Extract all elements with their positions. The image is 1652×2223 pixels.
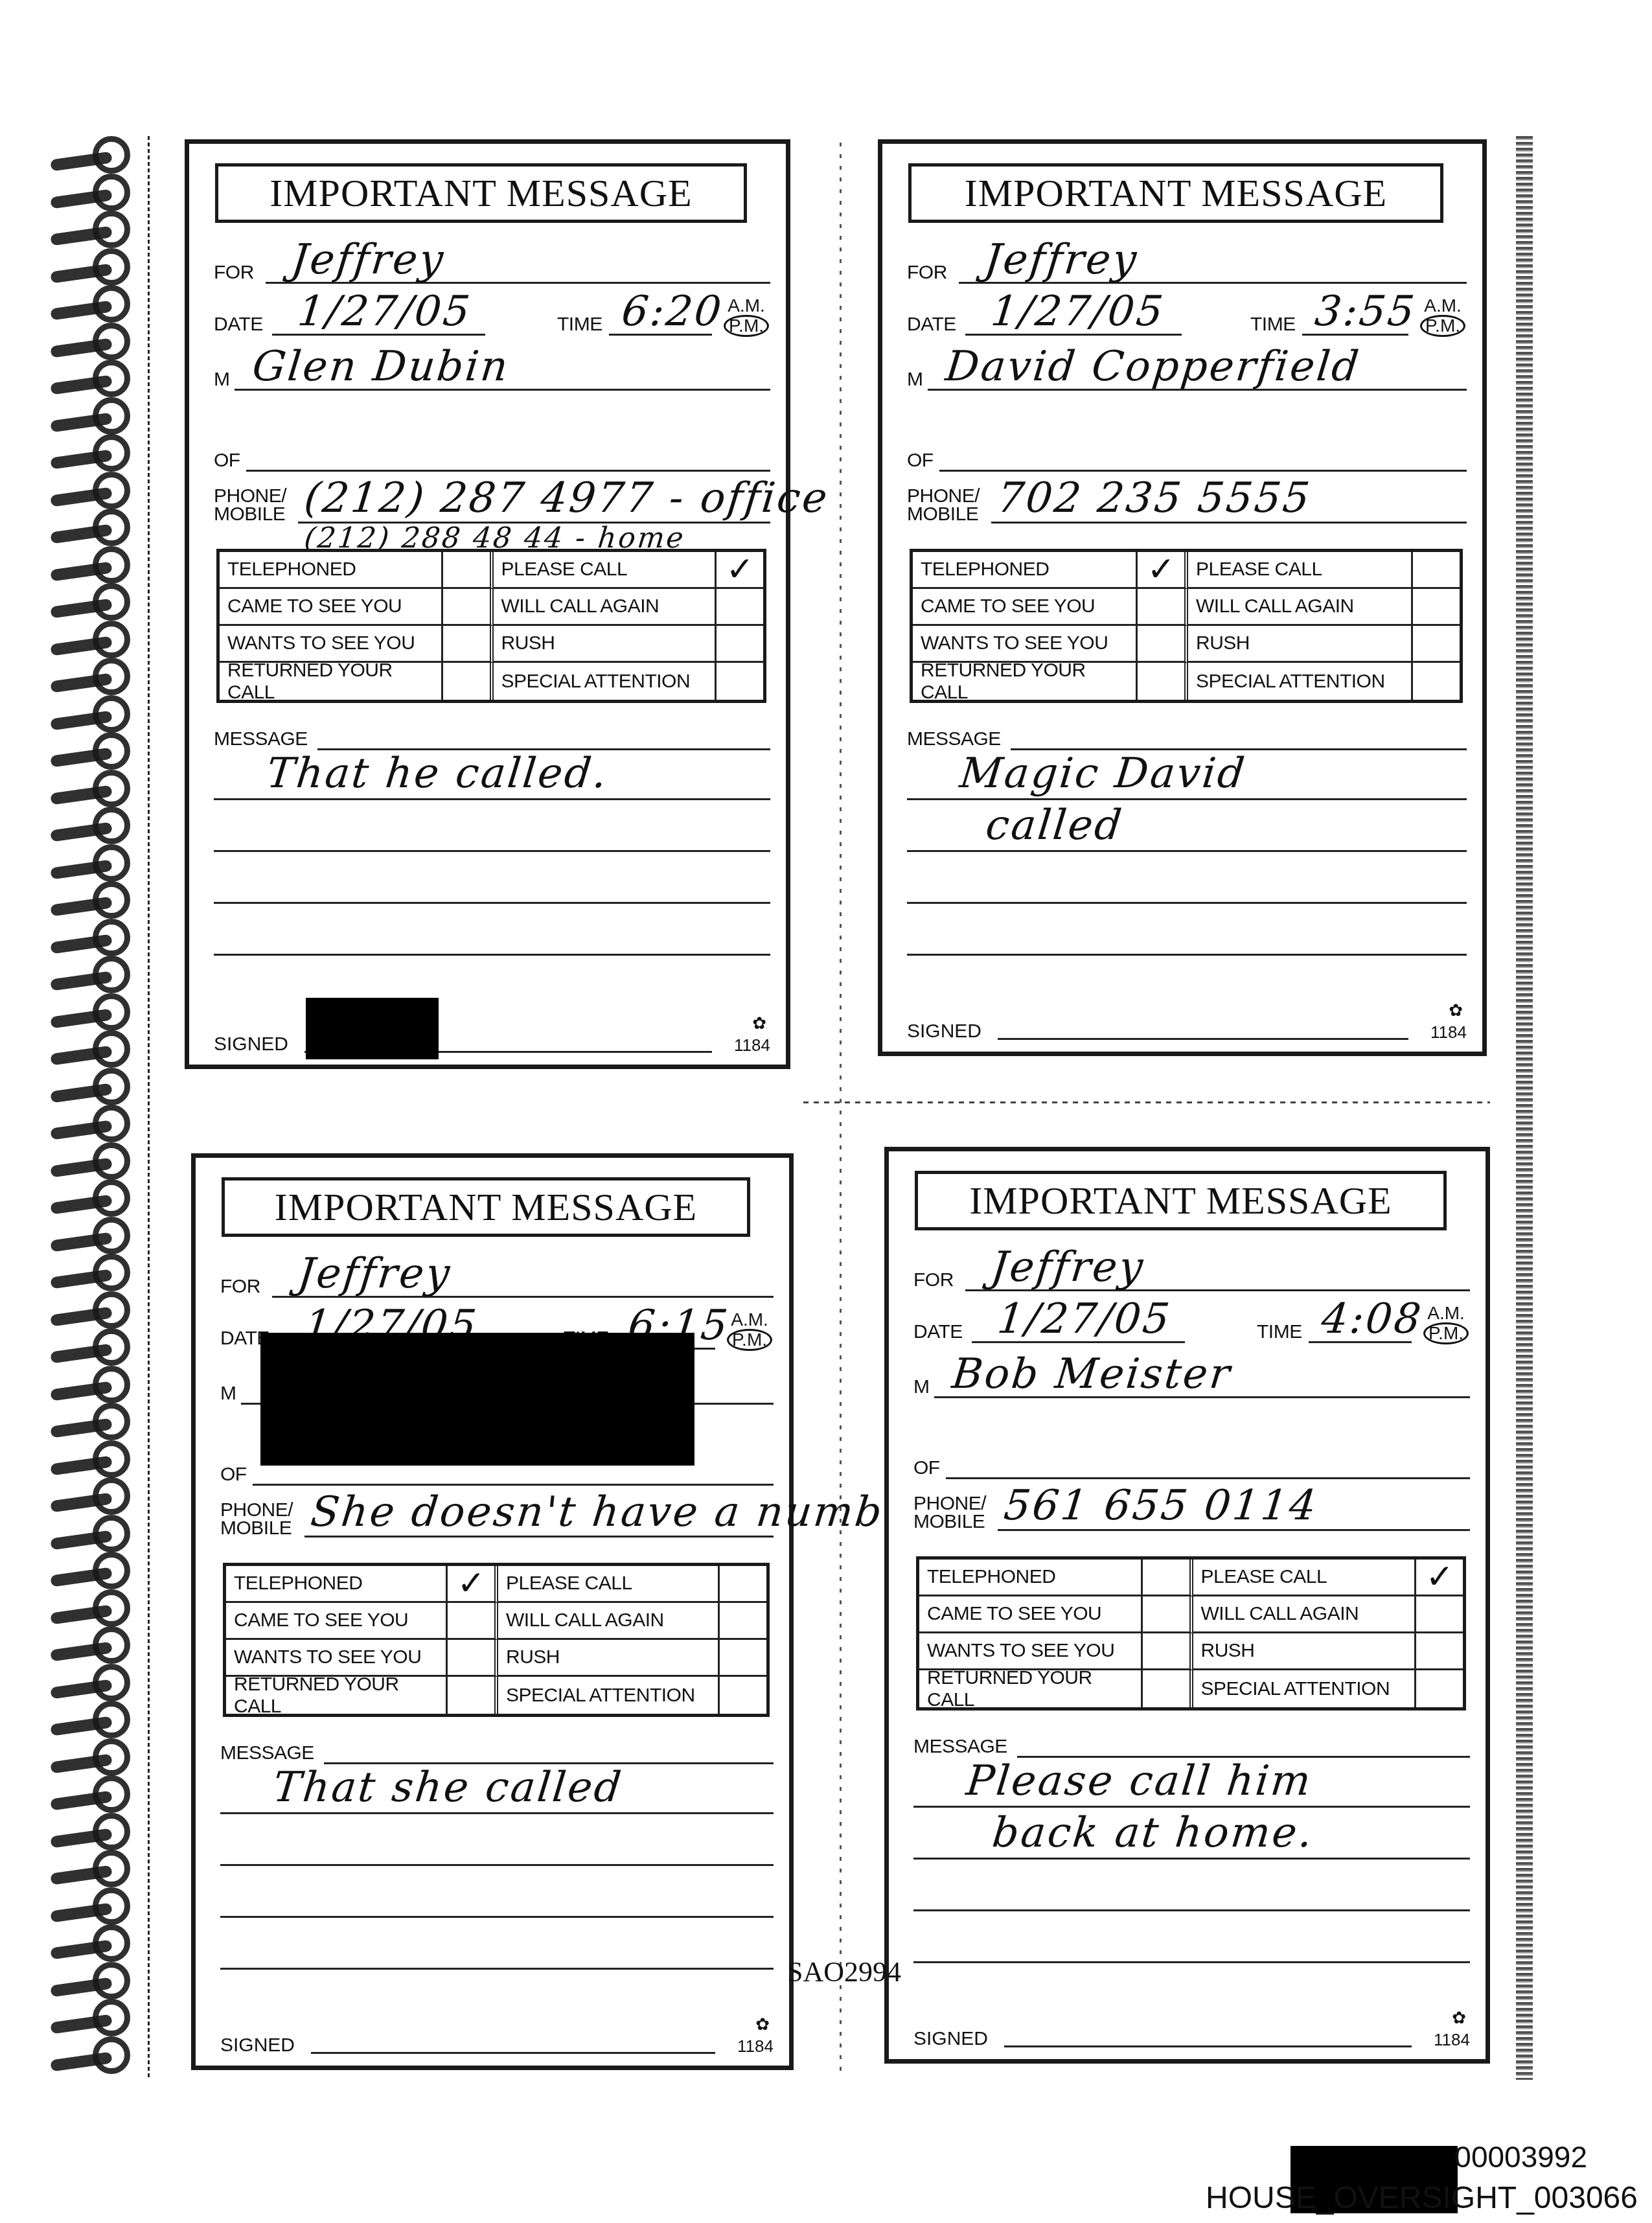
date-label: DATE <box>913 1321 963 1343</box>
message-rule <box>214 954 770 956</box>
message-text: called <box>983 801 1126 849</box>
spiral-binding <box>51 136 141 2086</box>
checkbox-label: PLEASE CALL <box>494 552 717 589</box>
spiral-coil <box>51 1738 141 1777</box>
signed-label: SIGNED <box>913 2028 988 2050</box>
phone-value: 561 655 0114 <box>1002 1482 1320 1530</box>
signed-field: SIGNED ✿ 1184 <box>220 2024 774 2056</box>
checkbox-special-attention[interactable] <box>1413 663 1460 700</box>
checkbox-telephoned[interactable] <box>1143 1560 1193 1596</box>
message-field: MESSAGE <box>913 1715 1470 1760</box>
form-number: 1184 <box>1434 2030 1470 2050</box>
message-label: MESSAGE <box>214 728 308 750</box>
for-value: Jeffrey <box>982 236 1140 284</box>
spiral-coil <box>51 1664 141 1703</box>
date-time-field: DATE 1/27/05 TIME 3:55 A.M. P.M. <box>907 293 1467 338</box>
spiral-coil <box>51 285 141 324</box>
spiral-coil <box>51 1999 141 2038</box>
spiral-coil <box>51 1068 141 1107</box>
spiral-coil <box>51 1515 141 1554</box>
checkbox-label: RUSH <box>1193 1633 1417 1670</box>
spiral-coil <box>51 2036 141 2075</box>
checkbox-label: RETURNED YOUR CALL <box>913 663 1138 700</box>
checkbox-telephoned[interactable]: ✓ <box>448 1566 498 1603</box>
redaction-box <box>306 998 439 1059</box>
message-field: MESSAGE <box>220 1722 774 1767</box>
spiral-coil <box>51 360 141 398</box>
caller-label: M <box>913 1376 930 1398</box>
checkbox-label: WILL CALL AGAIN <box>498 1603 720 1640</box>
spiral-coil <box>51 1589 141 1628</box>
message-slip-bottom-left: IMPORTANT MESSAGE FOR Jeffrey DATE 1/27/… <box>191 1153 794 2070</box>
message-slip-top-left: IMPORTANT MESSAGE FOR Jeffrey DATE 1/27/… <box>185 139 790 1069</box>
caller-field: M David Copperfield <box>907 348 1467 393</box>
spiral-coil <box>51 807 141 846</box>
message-rule <box>214 850 770 852</box>
form-number: 1184 <box>737 2036 774 2056</box>
spiral-coil <box>51 956 141 995</box>
message-rule <box>913 1858 1470 1860</box>
checkbox-special-attention[interactable] <box>720 1677 766 1714</box>
checkbox-came-to-see-you[interactable] <box>443 589 494 626</box>
signed-field: SIGNED ✿ 1184 <box>214 1023 770 1055</box>
phone-label: PHONE/MOBILE <box>913 1495 986 1531</box>
spiral-coil <box>51 397 141 436</box>
checkbox-will-call-again[interactable] <box>717 589 763 626</box>
spiral-coil <box>51 919 141 958</box>
form-title: IMPORTANT MESSAGE <box>915 1171 1447 1230</box>
spiral-coil <box>51 1217 141 1256</box>
message-rule <box>214 798 770 800</box>
message-field: MESSAGE <box>907 708 1467 753</box>
caller-label: M <box>220 1383 236 1405</box>
for-value: Jeffrey <box>289 236 447 284</box>
checkbox-label: PLEASE CALL <box>1188 552 1413 589</box>
spiral-coil <box>51 1552 141 1591</box>
spiral-coil <box>51 1813 141 1852</box>
checkbox-label: WANTS TO SEE YOU <box>226 1640 448 1677</box>
page-middle-divider <box>803 1101 1490 1103</box>
checkbox-please-call[interactable]: ✓ <box>1416 1560 1463 1596</box>
caller-label: M <box>214 369 230 391</box>
checkbox-wants-to-see-you[interactable] <box>1138 626 1188 663</box>
form-title: IMPORTANT MESSAGE <box>222 1177 750 1237</box>
caller-field: M Bob Meister <box>913 1355 1470 1401</box>
checkbox-label: WILL CALL AGAIN <box>494 589 717 626</box>
publisher-logo-icon: ✿ <box>752 1013 766 1033</box>
spiral-coil <box>51 583 141 622</box>
message-rule <box>913 1806 1470 1808</box>
checkbox-telephoned[interactable] <box>443 552 494 589</box>
checkbox-grid: TELEPHONED✓PLEASE CALLCAME TO SEE YOUWIL… <box>910 549 1463 703</box>
spiral-coil <box>51 136 141 175</box>
message-rule <box>220 1968 774 1970</box>
message-field: MESSAGE <box>214 708 770 753</box>
signed-field: SIGNED ✿ 1184 <box>913 2018 1470 2050</box>
publisher-logo-icon: ✿ <box>755 2014 770 2034</box>
phone-label: PHONE/MOBILE <box>220 1501 293 1538</box>
phone-value: She doesn't have a number <box>308 1488 934 1536</box>
date-time-field: DATE 1/27/05 TIME 6:20 A.M. P.M. <box>214 293 770 338</box>
caller-name: Glen Dubin <box>250 343 512 391</box>
message-text: That he called. <box>264 750 610 798</box>
message-label: MESSAGE <box>220 1742 314 1764</box>
form-number: 1184 <box>1430 1022 1467 1042</box>
date-value: 1/27/05 <box>995 1295 1173 1343</box>
spiral-coil <box>51 546 141 585</box>
checkbox-label: RETURNED YOUR CALL <box>226 1677 448 1714</box>
redaction-box <box>260 1333 694 1466</box>
checkbox-rush[interactable] <box>717 626 763 663</box>
checkbox-label: TELEPHONED <box>220 552 443 589</box>
spiral-coil <box>51 658 141 697</box>
for-label: FOR <box>913 1269 954 1291</box>
am-pm-indicator: A.M. P.M. <box>724 297 769 337</box>
case-stamp: SAO2994 <box>787 1955 901 1988</box>
spiral-coil <box>51 1962 141 2001</box>
for-label: FOR <box>220 1276 260 1298</box>
spiral-coil <box>51 621 141 660</box>
message-rule <box>220 1812 774 1814</box>
checkbox-wants-to-see-you[interactable] <box>443 626 494 663</box>
form-number: 1184 <box>734 1035 770 1055</box>
spiral-coil <box>51 1701 141 1740</box>
spiral-coil <box>51 1440 141 1479</box>
form-title: IMPORTANT MESSAGE <box>908 163 1443 223</box>
time-label: TIME <box>557 314 602 336</box>
publisher-logo-icon: ✿ <box>1452 2008 1466 2028</box>
spiral-coil <box>51 770 141 809</box>
caller-name: David Copperfield <box>943 343 1363 391</box>
spiral-coil <box>51 211 141 249</box>
checkbox-returned-your-call[interactable] <box>443 663 494 700</box>
spiral-coil <box>51 323 141 362</box>
checkbox-rush[interactable] <box>1413 626 1460 663</box>
form-title: IMPORTANT MESSAGE <box>215 163 747 223</box>
checkbox-label: WANTS TO SEE YOU <box>919 1633 1143 1670</box>
checkbox-label: TELEPHONED <box>226 1566 448 1603</box>
checkbox-will-call-again[interactable] <box>720 1603 766 1640</box>
message-text: back at home. <box>990 1809 1316 1857</box>
checkbox-returned-your-call[interactable] <box>1138 663 1188 700</box>
checkbox-label: PLEASE CALL <box>498 1566 720 1603</box>
checkbox-came-to-see-you[interactable] <box>1143 1596 1193 1633</box>
spiral-coil <box>51 1142 141 1181</box>
phone-label: PHONE/MOBILE <box>214 487 286 524</box>
page-center-divider <box>840 143 842 2073</box>
checkbox-wants-to-see-you[interactable] <box>448 1640 498 1677</box>
phone-field: PHONE/MOBILE 561 655 0114 <box>913 1475 1470 1534</box>
date-value: 1/27/05 <box>989 288 1167 336</box>
spiral-coil <box>51 472 141 511</box>
checkbox-will-call-again[interactable] <box>1413 589 1460 626</box>
spiral-coil <box>51 881 141 920</box>
spiral-coil <box>51 844 141 883</box>
phone-field: PHONE/MOBILE (212) 287 4977 - office (21… <box>214 468 770 526</box>
spiral-coil <box>51 1775 141 1814</box>
for-value: Jeffrey <box>295 1250 453 1298</box>
message-rule <box>913 1961 1470 1963</box>
spiral-coil <box>51 695 141 734</box>
checkbox-label: CAME TO SEE YOU <box>220 589 443 626</box>
message-text: Magic David <box>958 750 1248 798</box>
checkbox-returned-your-call[interactable] <box>448 1677 498 1714</box>
for-field: FOR Jeffrey <box>214 241 770 286</box>
checkbox-grid: TELEPHONEDPLEASE CALL✓CAME TO SEE YOUWIL… <box>916 1556 1466 1710</box>
message-label: MESSAGE <box>907 728 1001 750</box>
checkbox-rush[interactable] <box>1416 1633 1463 1670</box>
checkbox-will-call-again[interactable] <box>1416 1596 1463 1633</box>
spiral-coil <box>51 1030 141 1069</box>
time-label: TIME <box>1250 314 1296 336</box>
phone-value: 702 235 5555 <box>995 474 1314 522</box>
phone-label: PHONE/MOBILE <box>907 487 980 524</box>
date-label: DATE <box>907 314 956 336</box>
spiral-coil <box>51 1105 141 1144</box>
checkbox-label: SPECIAL ATTENTION <box>1193 1670 1417 1707</box>
caller-label: M <box>907 369 923 391</box>
checkbox-please-call[interactable] <box>1413 552 1460 589</box>
checkbox-label: WILL CALL AGAIN <box>1188 589 1413 626</box>
spiral-coil <box>51 1626 141 1665</box>
spiral-coil <box>51 509 141 547</box>
publisher-logo-icon: ✿ <box>1449 1000 1463 1020</box>
checkbox-label: WANTS TO SEE YOU <box>913 626 1138 663</box>
for-field: FOR Jeffrey <box>913 1249 1470 1294</box>
spiral-coil <box>51 1887 141 1926</box>
checkbox-rush[interactable] <box>720 1640 766 1677</box>
caller-field: M Glen Dubin <box>214 348 770 393</box>
caller-name: Bob Meister <box>950 1350 1234 1398</box>
house-oversight-id: HOUSE_OVERSIGHT_003066 <box>1206 2180 1638 2216</box>
message-rule <box>907 798 1467 800</box>
phone-field: PHONE/MOBILE She doesn't have a number <box>220 1482 774 1540</box>
checkbox-label: TELEPHONED <box>919 1560 1143 1596</box>
message-rule <box>907 850 1467 852</box>
spiral-coil <box>51 248 141 287</box>
message-slip-top-right: IMPORTANT MESSAGE FOR Jeffrey DATE 1/27/… <box>878 139 1487 1056</box>
for-field: FOR Jeffrey <box>220 1255 774 1300</box>
checkbox-please-call[interactable] <box>720 1566 766 1603</box>
for-label: FOR <box>214 262 254 284</box>
spiral-coil <box>51 1924 141 1963</box>
checkbox-label: TELEPHONED <box>913 552 1138 589</box>
checkbox-label: RETURNED YOUR CALL <box>919 1670 1143 1707</box>
checkbox-special-attention[interactable] <box>717 663 763 700</box>
checkbox-came-to-see-you[interactable] <box>1138 589 1188 626</box>
time-value: 3:55 <box>1313 288 1418 336</box>
message-rule <box>220 1916 774 1918</box>
checkbox-label: RUSH <box>498 1640 720 1677</box>
spiral-coil <box>51 174 141 213</box>
signed-label: SIGNED <box>214 1033 288 1055</box>
checkbox-label: CAME TO SEE YOU <box>913 589 1138 626</box>
am-pm-indicator: A.M. P.M. <box>1423 1304 1469 1344</box>
checkbox-label: SPECIAL ATTENTION <box>498 1677 720 1714</box>
checkbox-label: CAME TO SEE YOU <box>919 1596 1143 1633</box>
signed-label: SIGNED <box>907 1020 981 1042</box>
checkbox-grid: TELEPHONED✓PLEASE CALLCAME TO SEE YOUWIL… <box>223 1563 770 1717</box>
checkbox-label: CAME TO SEE YOU <box>226 1603 448 1640</box>
checkbox-label: SPECIAL ATTENTION <box>1188 663 1413 700</box>
spiral-coil <box>51 1328 141 1367</box>
spiral-coil <box>51 993 141 1032</box>
for-field: FOR Jeffrey <box>907 241 1467 286</box>
checkbox-label: WILL CALL AGAIN <box>1193 1596 1417 1633</box>
checkbox-label: SPECIAL ATTENTION <box>494 663 717 700</box>
message-rule <box>220 1864 774 1866</box>
message-text: That she called <box>271 1764 625 1812</box>
checkbox-special-attention[interactable] <box>1416 1670 1463 1707</box>
checkbox-please-call[interactable]: ✓ <box>717 552 763 589</box>
scan-right-edge <box>1516 136 1533 2080</box>
bates-number: 00003992 <box>1454 2139 1587 2174</box>
am-pm-indicator: A.M. P.M. <box>1420 297 1465 337</box>
date-time-field: DATE 1/27/05 TIME 4:08 A.M. P.M. <box>913 1300 1470 1346</box>
checkbox-label: RUSH <box>1188 626 1413 663</box>
checkbox-label: PLEASE CALL <box>1193 1560 1417 1596</box>
checkbox-wants-to-see-you[interactable] <box>1143 1633 1193 1670</box>
message-text: Please call him <box>964 1757 1314 1805</box>
phone-field: PHONE/MOBILE 702 235 5555 <box>907 468 1467 526</box>
checkbox-telephoned[interactable]: ✓ <box>1138 552 1188 589</box>
date-value: 1/27/05 <box>295 288 474 336</box>
binding-perforation <box>148 136 150 2080</box>
date-label: DATE <box>214 314 263 336</box>
time-value: 6:20 <box>619 288 725 336</box>
time-value: 4:08 <box>1319 1295 1425 1343</box>
checkbox-returned-your-call[interactable] <box>1143 1670 1193 1707</box>
message-rule <box>214 902 770 904</box>
for-value: Jeffrey <box>989 1243 1147 1291</box>
checkbox-grid: TELEPHONEDPLEASE CALL✓CAME TO SEE YOUWIL… <box>216 549 766 703</box>
phone-value: (212) 287 4977 - office <box>302 474 831 522</box>
checkbox-label: WANTS TO SEE YOU <box>220 626 443 663</box>
message-rule <box>907 902 1467 904</box>
spiral-coil <box>51 732 141 771</box>
message-rule <box>907 954 1467 956</box>
spiral-coil <box>51 434 141 473</box>
checkbox-came-to-see-you[interactable] <box>448 1603 498 1640</box>
spiral-coil <box>51 1477 141 1516</box>
message-rule <box>913 1909 1470 1911</box>
spiral-coil <box>51 1366 141 1405</box>
spiral-coil <box>51 1403 141 1442</box>
spiral-coil <box>51 1254 141 1293</box>
checkbox-label: RUSH <box>494 626 717 663</box>
signed-field: SIGNED ✿ 1184 <box>907 1010 1467 1042</box>
for-label: FOR <box>907 262 947 284</box>
am-pm-indicator: A.M. P.M. <box>727 1311 772 1351</box>
spiral-coil <box>51 1850 141 1889</box>
time-label: TIME <box>1257 1321 1302 1343</box>
message-slip-bottom-right: IMPORTANT MESSAGE FOR Jeffrey DATE 1/27/… <box>884 1147 1490 2064</box>
signed-label: SIGNED <box>220 2034 295 2056</box>
checkbox-label: RETURNED YOUR CALL <box>220 663 443 700</box>
spiral-coil <box>51 1179 141 1218</box>
message-label: MESSAGE <box>913 1736 1007 1758</box>
spiral-coil <box>51 1291 141 1330</box>
